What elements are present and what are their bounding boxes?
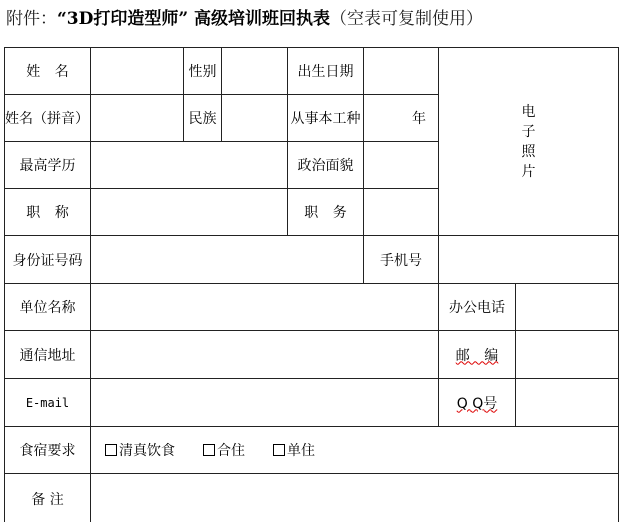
field-gender[interactable] <box>221 47 288 95</box>
field-qq[interactable] <box>515 378 619 427</box>
field-pinyin[interactable] <box>90 94 184 142</box>
label-gender: 性别 <box>183 47 222 95</box>
label-qq: Q Q号 <box>438 378 516 427</box>
label-work-type: 从事本工种 <box>287 94 364 142</box>
checkbox-icon[interactable] <box>273 444 285 456</box>
label-pinyin: 姓名（拼音） <box>4 94 91 142</box>
field-title-rank[interactable] <box>90 188 288 236</box>
field-position[interactable] <box>363 188 439 236</box>
field-political[interactable] <box>363 141 439 189</box>
field-company[interactable] <box>90 283 439 331</box>
field-name[interactable] <box>90 47 184 95</box>
label-title-rank: 职 称 <box>4 188 91 236</box>
field-birth-date[interactable] <box>363 47 439 95</box>
label-mobile: 手机号 <box>363 235 439 284</box>
label-office-phone: 办公电话 <box>438 283 516 331</box>
accommodation-options: 清真饮食 合住 单住 <box>90 426 619 474</box>
checkbox-icon[interactable] <box>203 444 215 456</box>
years-unit: 年 <box>412 108 426 128</box>
photo-char: 电 <box>522 102 536 122</box>
label-education: 最高学历 <box>4 141 91 189</box>
document-title: 附件：“3D打印造型师” 高级培训班回执表（空表可复制使用） <box>6 4 483 29</box>
photo-char: 片 <box>522 162 536 182</box>
label-remarks: 备 注 <box>4 473 91 522</box>
field-education[interactable] <box>90 141 288 189</box>
label-id-number: 身份证号码 <box>4 235 91 284</box>
photo-char: 子 <box>522 122 536 142</box>
option-shared-room[interactable]: 合住 <box>203 440 245 460</box>
title-note: （空表可复制使用） <box>330 9 483 29</box>
field-postcode[interactable] <box>515 330 619 379</box>
label-ethnic: 民族 <box>183 94 222 142</box>
option-halal[interactable]: 清真饮食 <box>105 440 175 460</box>
label-birth-date: 出生日期 <box>287 47 364 95</box>
field-ethnic[interactable] <box>221 94 288 142</box>
checkbox-icon[interactable] <box>105 444 117 456</box>
label-email: E-mail <box>4 378 91 427</box>
field-email[interactable] <box>90 378 439 427</box>
title-main: “3D打印造型师” 高级培训班回执表 <box>57 9 330 29</box>
photo-area[interactable]: 电 子 照 片 <box>438 47 619 236</box>
label-company: 单位名称 <box>4 283 91 331</box>
label-postcode: 邮 编 <box>438 330 516 379</box>
label-name: 姓 名 <box>4 47 91 95</box>
title-prefix: 附件： <box>6 9 57 29</box>
option-single-room[interactable]: 单住 <box>273 440 315 460</box>
photo-char: 照 <box>522 142 536 162</box>
label-political: 政治面貌 <box>287 141 364 189</box>
label-address: 通信地址 <box>4 330 91 379</box>
label-position: 职 务 <box>287 188 364 236</box>
label-accommodation: 食宿要求 <box>4 426 91 474</box>
field-remarks[interactable] <box>90 473 619 522</box>
field-mobile[interactable] <box>438 235 619 284</box>
field-office-phone[interactable] <box>515 283 619 331</box>
field-work-years[interactable]: 年 <box>363 94 439 142</box>
field-id-number[interactable] <box>90 235 364 284</box>
field-address[interactable] <box>90 330 439 379</box>
